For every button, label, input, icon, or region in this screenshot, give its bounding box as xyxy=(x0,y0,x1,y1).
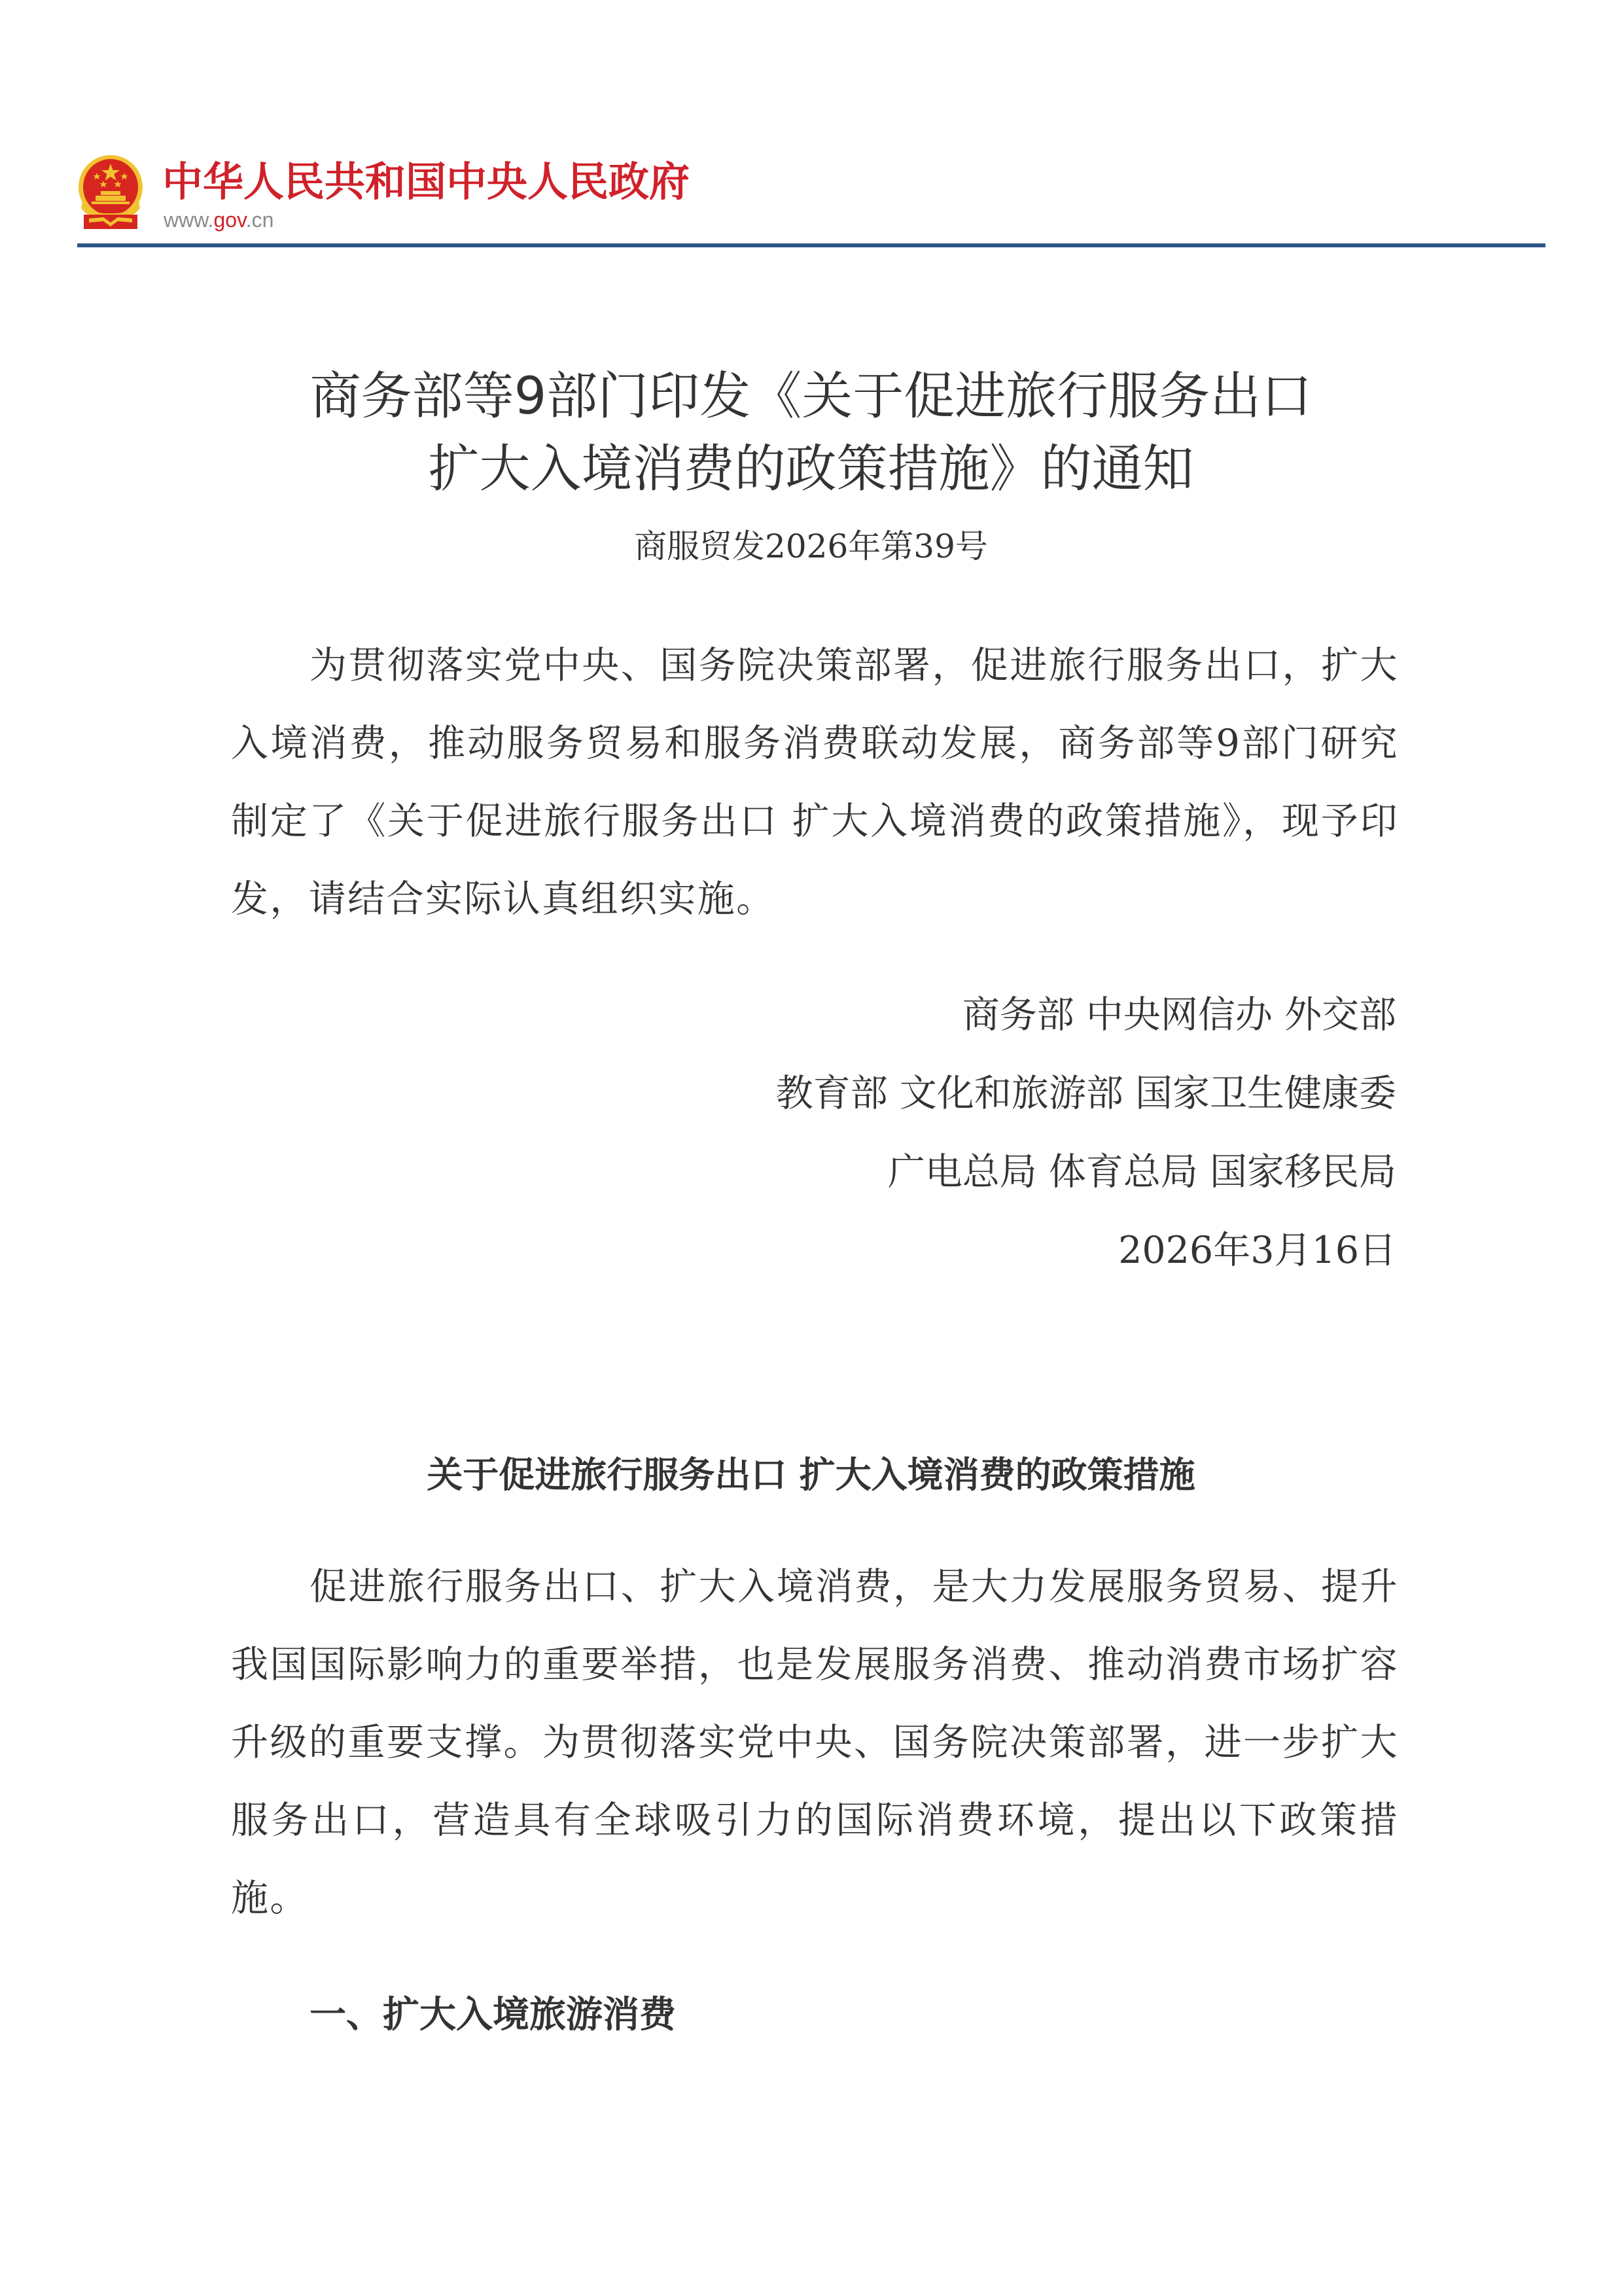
signatory-line: 教育部 文化和旅游部 国家卫生健康委 xyxy=(776,1055,1396,1133)
document-title-line-1: 商务部等9部门印发《关于促进旅行服务出口 xyxy=(0,364,1622,429)
section-heading: 一、扩大入境旅游消费 xyxy=(309,1989,676,2041)
attachment-title: 关于促进旅行服务出口 扩大入境消费的政策措施 xyxy=(0,1449,1622,1501)
national-emblem-icon xyxy=(77,154,144,230)
document-number: 商服贸发2026年第39号 xyxy=(0,523,1622,569)
url-domain: gov xyxy=(213,208,245,232)
signatory-line: 广电总局 体育总局 国家移民局 xyxy=(888,1133,1396,1211)
site-url[interactable]: www.gov.cn xyxy=(164,208,273,232)
site-title: 中华人民共和国中央人民政府 xyxy=(162,157,690,207)
intro-paragraph: 为贯彻落实党中央、国务院决策部署，促进旅行服务出口，扩大入境消费，推动服务贸易和… xyxy=(231,627,1399,938)
signatory-line: 商务部 中央网信办 外交部 xyxy=(962,976,1396,1054)
header-divider xyxy=(77,243,1545,247)
url-prefix: www. xyxy=(164,208,213,232)
url-suffix: .cn xyxy=(246,208,274,232)
document-title-line-2: 扩大入境消费的政策措施》的通知 xyxy=(0,436,1622,502)
signing-date: 2026年3月16日 xyxy=(1118,1212,1396,1290)
attachment-paragraph: 促进旅行服务出口、扩大入境消费，是大力发展服务贸易、提升我国国际影响力的重要举措… xyxy=(231,1548,1399,1937)
